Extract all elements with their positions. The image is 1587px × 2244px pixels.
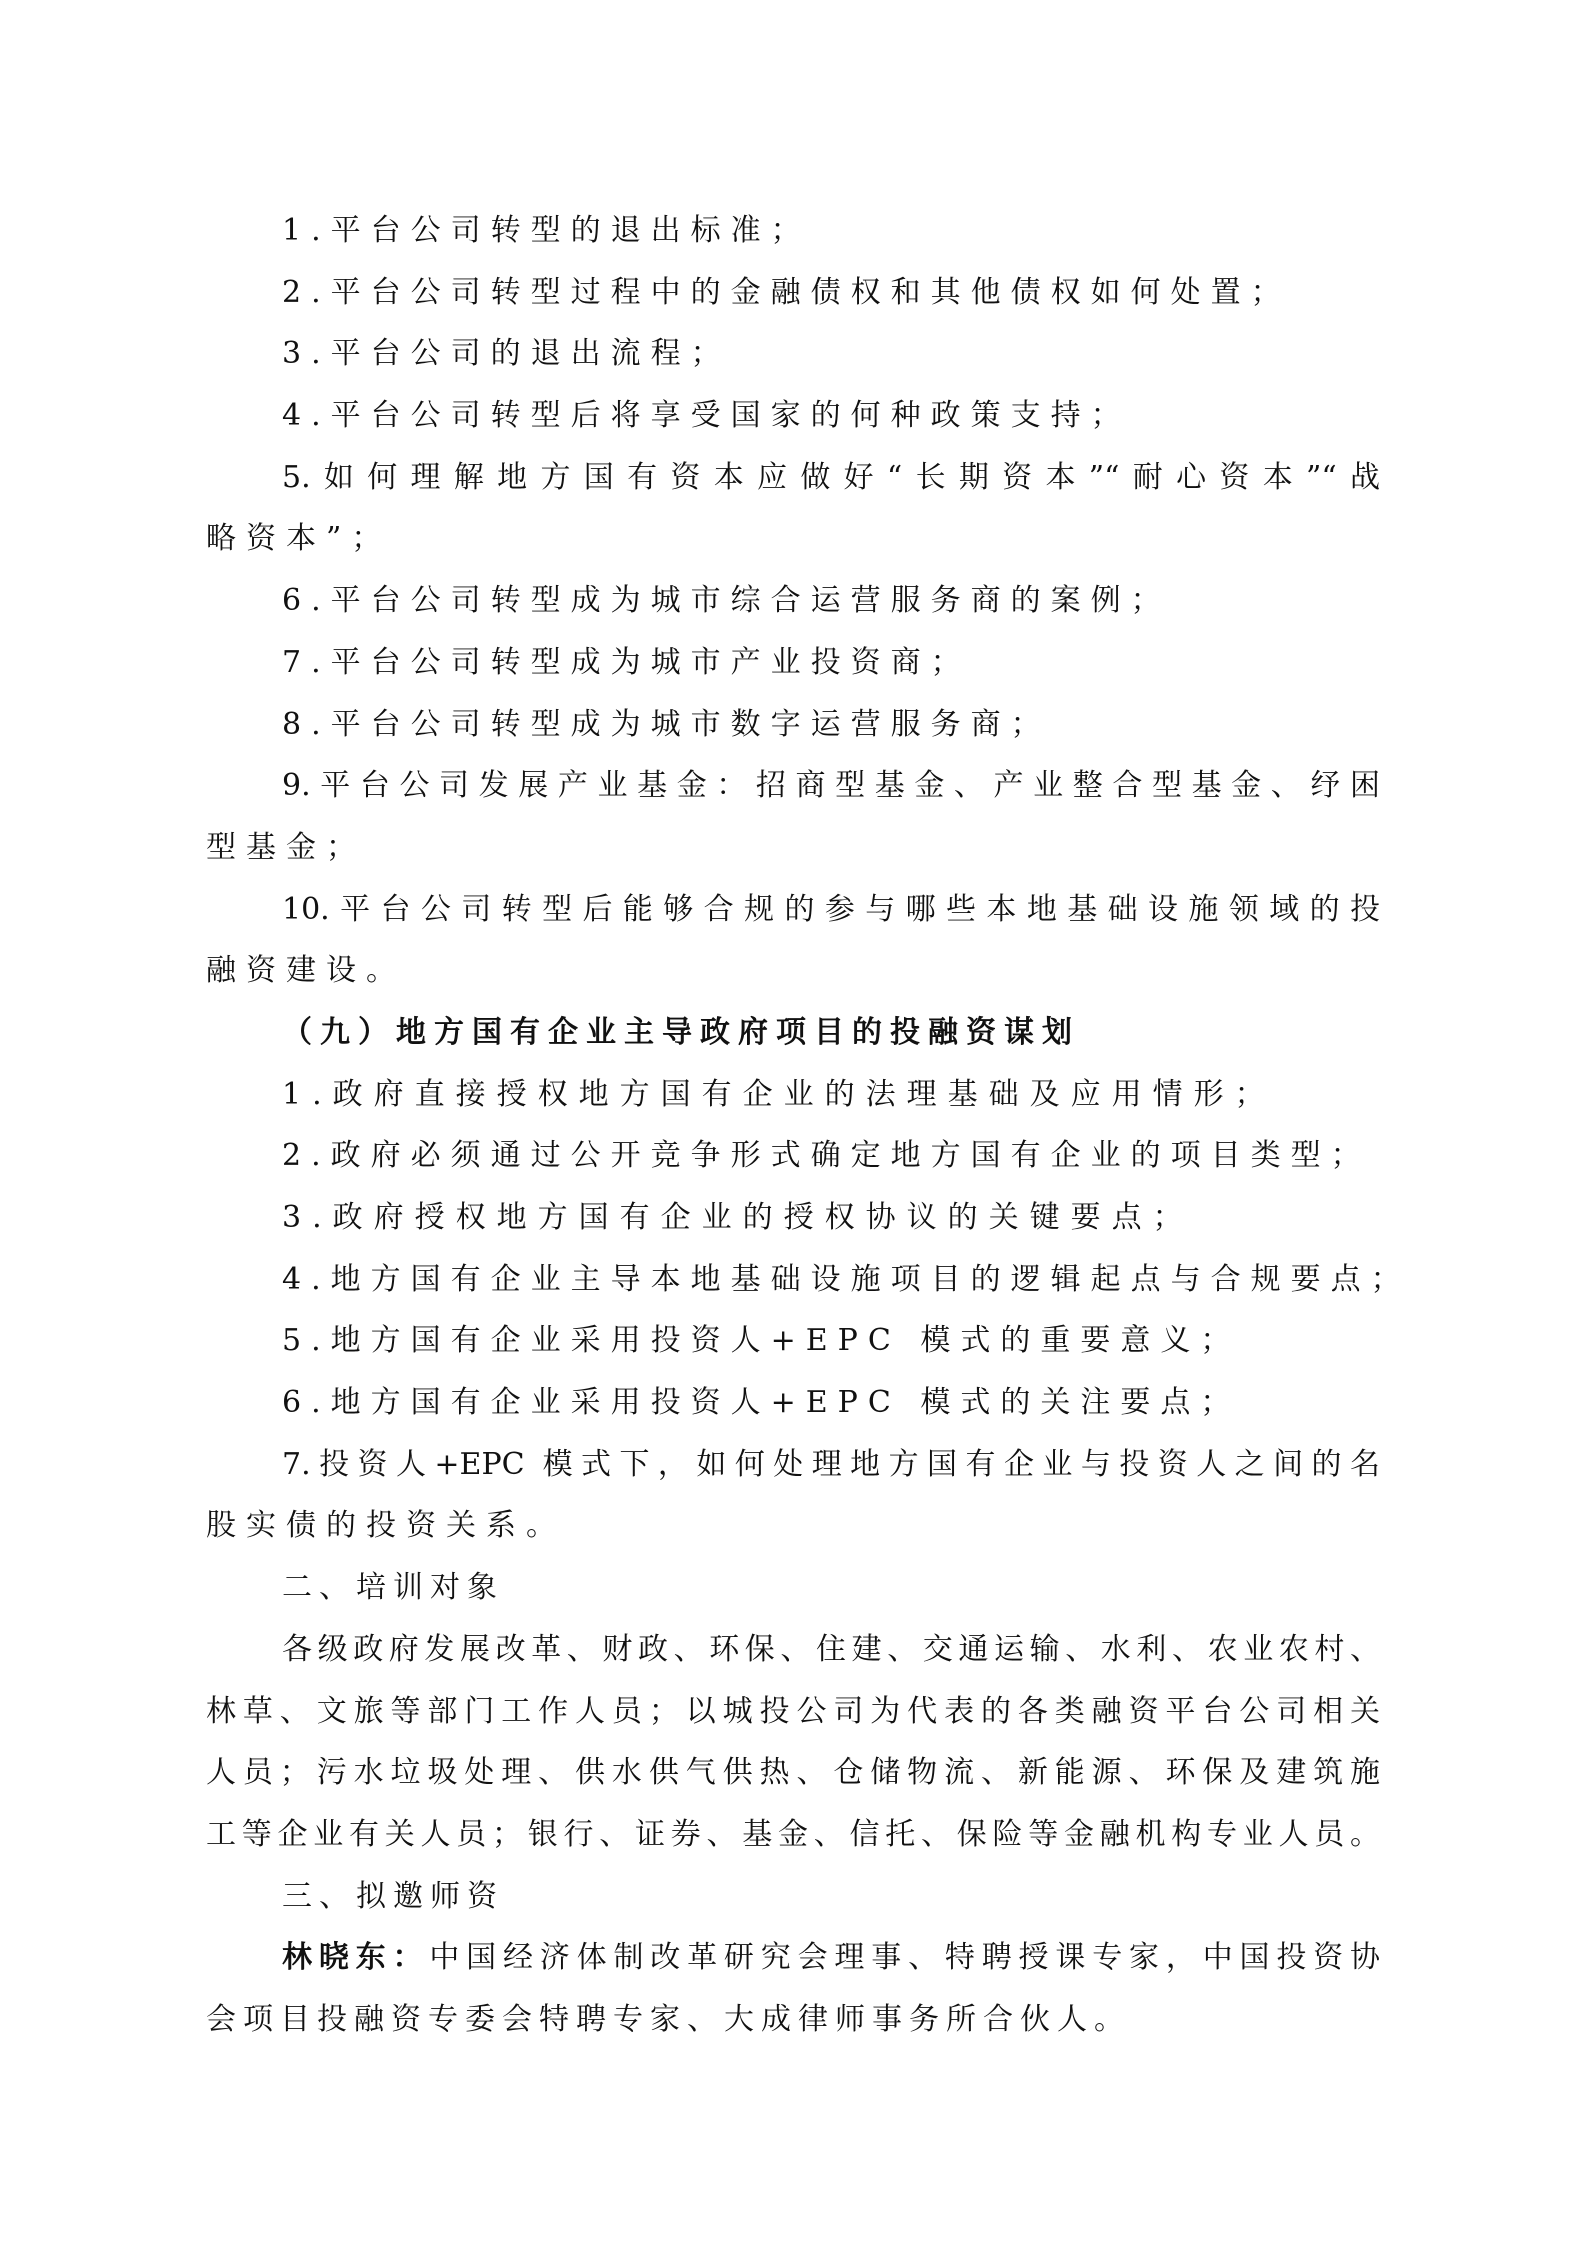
document-body: 1.平台公司转型的退出标准； 2.平台公司转型过程中的金融债权和其他债权如何处置… [206,200,1380,2051]
instructor-bio-line2: 会项目投融资专委会特聘专家、大成律师事务所合伙人。 [206,1989,1380,2051]
document-page: 1.平台公司转型的退出标准； 2.平台公司转型过程中的金融债权和其他债权如何处置… [0,0,1587,2244]
list-item-authorization-agreement: 3.政府授权地方国有企业的授权协议的关键要点； [206,1187,1380,1249]
instructor-name: 林晓东： [282,1940,429,1975]
list-item-infrastructure-participation-line1: 10.平台公司转型后能够合规的参与哪些本地基础设施领域的投 [206,879,1380,941]
instructor-bio-text: 中国经济体制改革研究会理事、特聘授课专家，中国投资协 [429,1940,1380,1975]
list-item-industry-fund-line2: 型基金； [206,817,1380,879]
list-item-industry-fund-line1: 9.平台公司发展产业基金：招商型基金、产业整合型基金、纾困 [206,755,1380,817]
list-item-project-types: 2.政府必须通过公开竞争形式确定地方国有企业的项目类型； [206,1125,1380,1187]
list-item-investor-relationship-line1: 7.投资人+EPC 模式下，如何处理地方国有企业与投资人之间的名 [206,1434,1380,1496]
list-item-industry-investor: 7.平台公司转型成为城市产业投资商； [206,632,1380,694]
paragraph-line: 工等企业有关人员；银行、证券、基金、信托、保险等金融机构专业人员。 [206,1804,1380,1866]
section-training-targets-heading: 二、培训对象 [206,1557,1380,1619]
paragraph-line: 人员；污水垃圾处理、供水供气供热、仓储物流、新能源、环保及建筑施 [206,1742,1380,1804]
list-item-exit-process: 3.平台公司的退出流程； [206,323,1380,385]
section-9-heading: （九）地方国有企业主导政府项目的投融资谋划 [206,1002,1380,1064]
list-item-policy-support: 4.平台公司转型后将享受国家的何种政策支持； [206,385,1380,447]
section-instructors-heading: 三、拟邀师资 [206,1866,1380,1928]
list-item-legal-basis: 1.政府直接授权地方国有企业的法理基础及应用情形； [206,1064,1380,1126]
list-item-city-operator-case: 6.平台公司转型成为城市综合运营服务商的案例； [206,570,1380,632]
list-item-capital-understanding-line1: 5.如何理解地方国有资本应做好“长期资本”“耐心资本”“战 [206,447,1380,509]
list-item-digital-operator: 8.平台公司转型成为城市数字运营服务商； [206,694,1380,756]
list-item-logic-compliance: 4.地方国有企业主导本地基础设施项目的逻辑起点与合规要点； [206,1249,1380,1311]
list-item-infrastructure-participation-line2: 融资建设。 [206,940,1380,1002]
list-item-epc-concerns: 6.地方国有企业采用投资人+EPC 模式的关注要点； [206,1372,1380,1434]
instructor-bio-line1: 林晓东：中国经济体制改革研究会理事、特聘授课专家，中国投资协 [206,1927,1380,1989]
list-item-investor-relationship-line2: 股实债的投资关系。 [206,1495,1380,1557]
list-item-debt-disposal: 2.平台公司转型过程中的金融债权和其他债权如何处置； [206,262,1380,324]
paragraph-line: 各级政府发展改革、财政、环保、住建、交通运输、水利、农业农村、 [206,1619,1380,1681]
paragraph-line: 林草、文旅等部门工作人员；以城投公司为代表的各类融资平台公司相关 [206,1681,1380,1743]
list-item-capital-understanding-line2: 略资本”； [206,508,1380,570]
list-item-epc-significance: 5.地方国有企业采用投资人+EPC 模式的重要意义； [206,1310,1380,1372]
list-item-transition-exit-standard: 1.平台公司转型的退出标准； [206,200,1380,262]
